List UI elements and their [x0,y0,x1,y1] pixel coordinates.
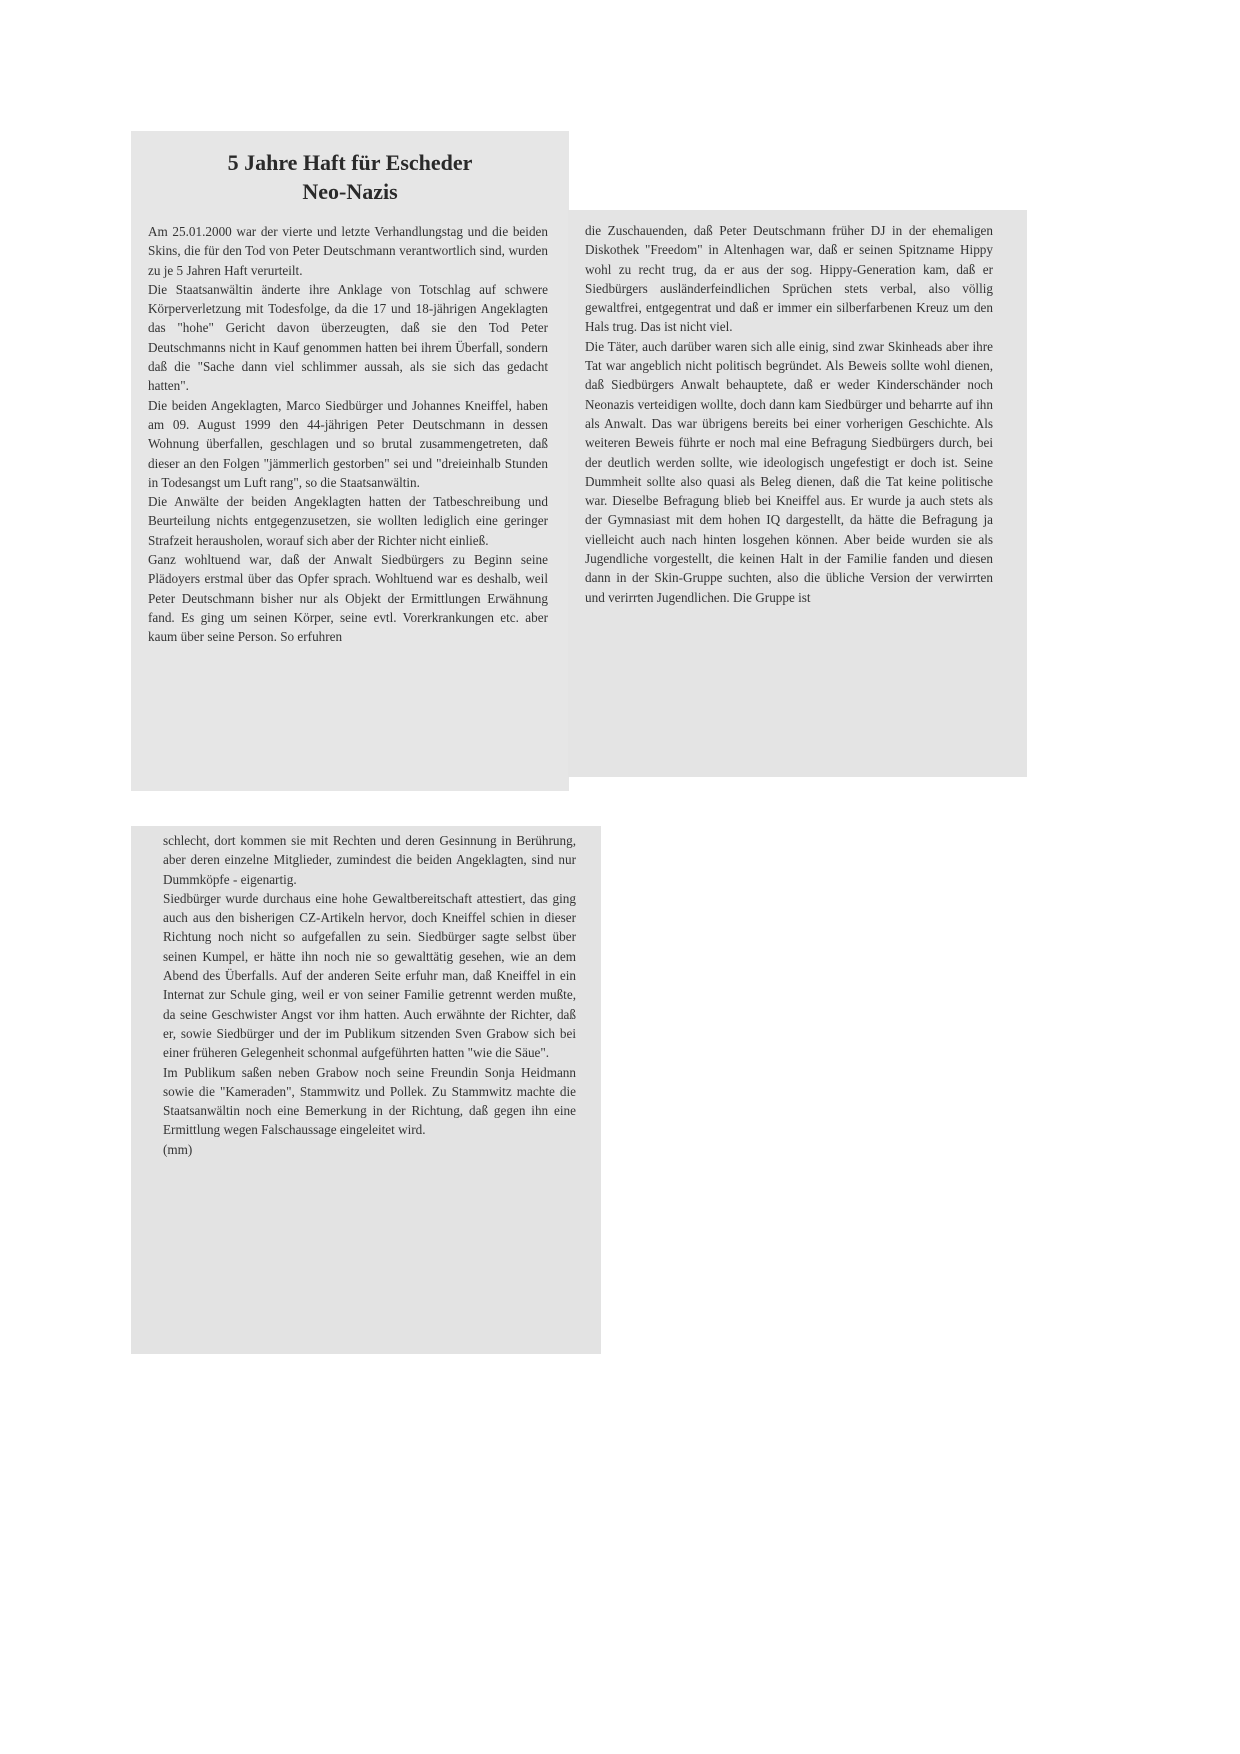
paragraph: Die Anwälte der beiden Angeklagten hatte… [148,492,548,550]
paragraph: Im Publikum saßen neben Grabow noch sein… [163,1063,576,1140]
paragraph: Ganz wohltuend war, daß der Anwalt Siedb… [148,550,548,646]
paragraph: Am 25.01.2000 war der vierte und letzte … [148,222,548,280]
paragraph: Die Staatsanwältin änderte ihre Anklage … [148,280,548,396]
article-column-right: die Zuschauenden, daß Peter Deutschmann … [585,221,993,607]
article-headline: 5 Jahre Haft für Escheder Neo-Nazis [131,148,569,206]
article-column-bottom: schlecht, dort kommen sie mit Rechten un… [163,831,576,1159]
paragraph: die Zuschauenden, daß Peter Deutschmann … [585,221,993,337]
headline-line-1: 5 Jahre Haft für Escheder [228,150,473,175]
headline-line-2: Neo-Nazis [302,179,397,204]
paragraph: Die Täter, auch darüber waren sich alle … [585,337,993,607]
paragraph: schlecht, dort kommen sie mit Rechten un… [163,831,576,889]
article-column-left: Am 25.01.2000 war der vierte und letzte … [148,222,548,647]
author-initials: (mm) [163,1140,576,1159]
paragraph: Die beiden Angeklagten, Marco Siedbürger… [148,396,548,492]
paragraph: Siedbürger wurde durchaus eine hohe Gewa… [163,889,576,1063]
